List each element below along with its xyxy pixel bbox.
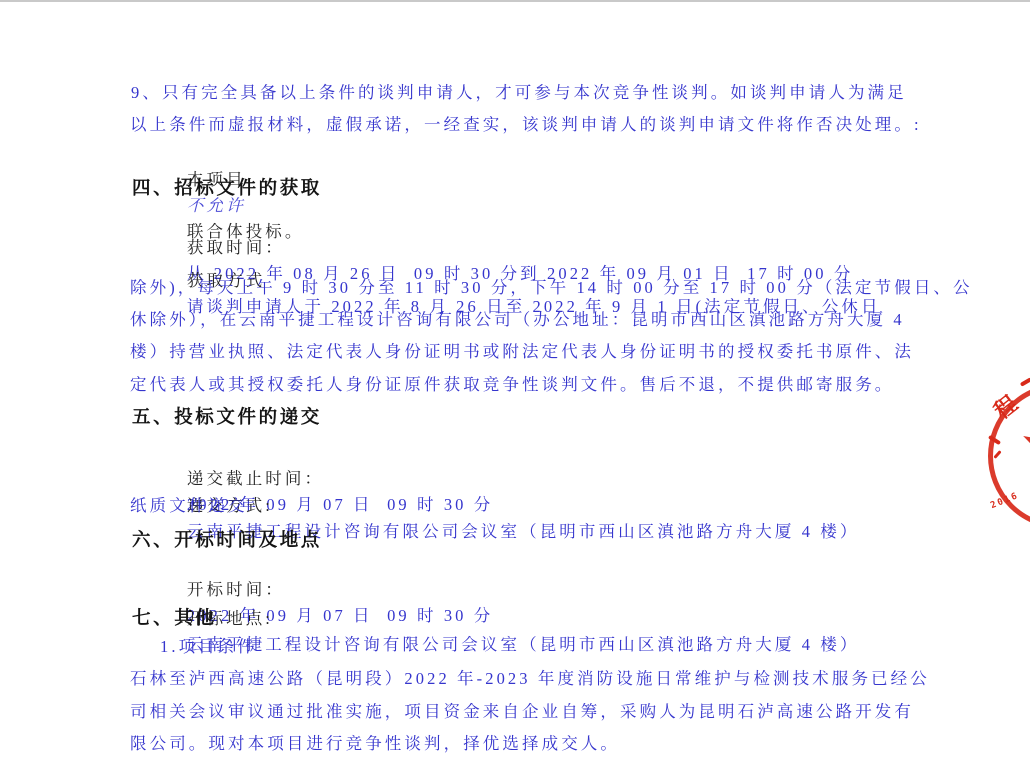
obtain-method-line-4: 楼）持营业执照、法定代表人身份证明书或附法定代表人身份证明书的授权委托书原件、法 — [130, 339, 914, 365]
open-place-value: 云南平捷工程设计咨询有限公司会议室（昆明市西山区滇池路方舟大厦 4 楼） — [187, 635, 860, 654]
section-5-heading: 五、投标文件的递交 — [132, 403, 322, 431]
submit-method-cont-line: 纸质文件递交 — [130, 493, 248, 519]
section-4-heading: 四、招标文件的获取 — [132, 174, 322, 202]
project-condition-body-line-1: 石林至泸西高速公路（昆明段）2022 年-2023 年度消防设施日常维护与检测技… — [130, 666, 930, 692]
obtain-method-line-3: 休除外），在云南平捷工程设计咨询有限公司（办公地址：昆明市西山区滇池路方舟大厦 … — [130, 307, 905, 333]
section-6-heading: 六、开标时间及地点 — [132, 526, 322, 554]
section-7-heading: 七、其他 — [132, 604, 216, 632]
obtain-method-line-2: 除外)，每天上午 9 时 30 分至 11 时 30 分，下午 14 时 00 … — [130, 275, 973, 301]
page-top-divider — [0, 0, 1030, 2]
project-condition-body-line-3: 限公司。现对本项目进行竞争性谈判，择优选择成交人。 — [130, 731, 620, 757]
paragraph-9-line-1: 9、只有完全具备以上条件的谈判申请人，才可参与本次竞争性谈判。如谈判申请人为满足 — [131, 80, 907, 106]
project-condition-body-line-2: 司相关会议审议通过批准实施，项目资金来自企业自筹，采购人为昆明石泸高速公路开发有 — [130, 699, 914, 725]
obtain-method-line-5: 定代表人或其授权委托人身份证原件获取竞争性谈判文件。售后不退，不提供邮寄服务。 — [130, 372, 894, 398]
project-condition-item: 1.项目条件 — [160, 634, 257, 660]
paragraph-9-line-2: 以上条件而虚报材料，虚假承诺，一经查实，该谈判申请人的谈判申请文件将作否决处理。… — [130, 112, 922, 138]
document-page: 9、只有完全具备以上条件的谈判申请人，才可参与本次竞争性谈判。如谈判申请人为满足… — [0, 0, 1030, 768]
